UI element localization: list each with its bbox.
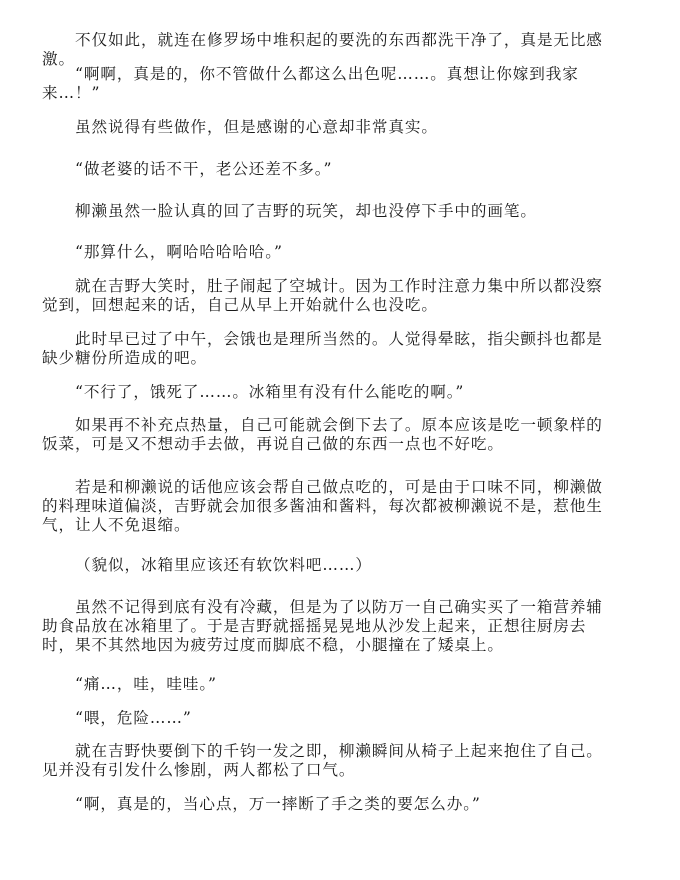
paragraph-dialogue: “啊，真是的，当心点，万一摔断了手之类的要怎么办。” — [42, 795, 618, 814]
paragraph-dialogue: “啊啊，真是的，你不管做什么都这么出色呢……。真想让你嫁到我家来…！” — [42, 65, 618, 103]
paragraph: 就在吉野大笑时，肚子闹起了空城计。因为工作时注意力集中所以都没察觉到，回想起来的… — [42, 277, 618, 315]
paragraph: 此时早已过了中午，会饿也是理所当然的。人觉得晕眩，指尖颤抖也都是缺少糖份所造成的… — [42, 330, 618, 368]
paragraph-dialogue: “不行了，饿死了……。冰箱里有没有什么能吃的啊。” — [42, 383, 618, 402]
paragraph: 不仅如此，就连在修罗场中堆积起的要洗的东西都洗干净了，真是无比感激。 — [42, 31, 618, 69]
paragraph: 虽然不记得到底有没有冷藏，但是为了以防万一自己确实买了一箱营养辅助食品放在冰箱里… — [42, 598, 618, 655]
paragraph: 虽然说得有些做作，但是感谢的心意却非常真实。 — [42, 118, 618, 137]
paragraph: 若是和柳濑说的话他应该会帮自己做点吃的，可是由于口味不同，柳濑做的料理味道偏淡，… — [42, 478, 618, 535]
paragraph-thought: （貌似，冰箱里应该还有软饮料吧……） — [42, 556, 618, 575]
paragraph-dialogue: “喂，危险……” — [42, 709, 618, 728]
paragraph-dialogue: “做老婆的话不干，老公还差不多。” — [42, 160, 618, 179]
paragraph: 就在吉野快要倒下的千钧一发之即，柳濑瞬间从椅子上起来抱住了自己。见并没有引发什么… — [42, 742, 618, 780]
paragraph: 如果再不补充点热量，自己可能就会倒下去了。原本应该是吃一顿象样的饭菜，可是又不想… — [42, 416, 618, 454]
paragraph-dialogue: “那算什么，啊哈哈哈哈哈。” — [42, 243, 618, 262]
paragraph-dialogue: “痛…，哇，哇哇。” — [42, 675, 618, 694]
paragraph: 柳濑虽然一脸认真的回了吉野的玩笑，却也没停下手中的画笔。 — [42, 202, 618, 221]
